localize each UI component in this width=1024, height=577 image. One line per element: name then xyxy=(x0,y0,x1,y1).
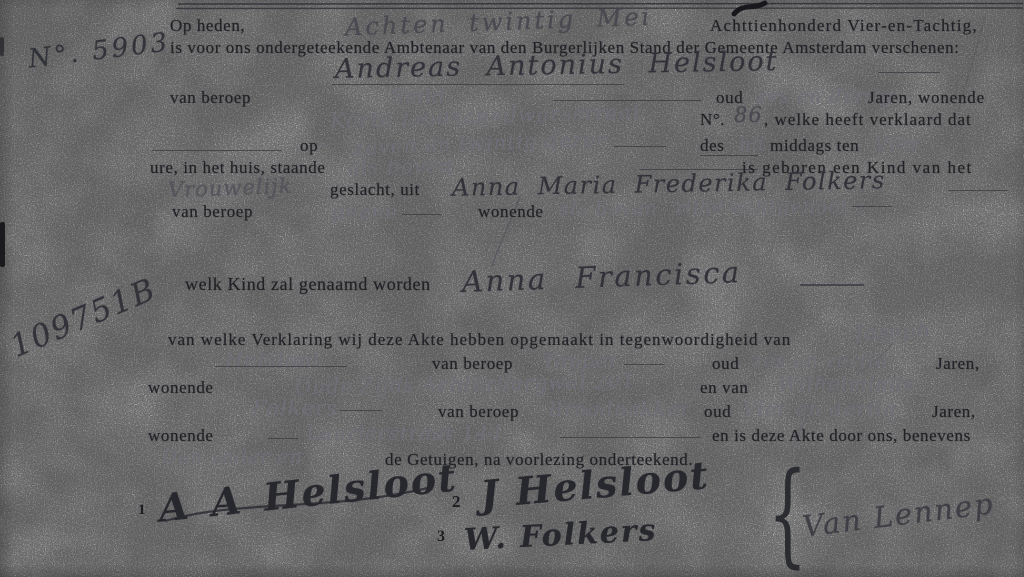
year-text: Achttienhonderd Vier-en-Tachtig, xyxy=(710,16,978,36)
declarant-name-entry: Andreas Antonius Helsloot xyxy=(335,46,779,85)
child-named-label: welk Kind zal genaamd worden xyxy=(185,274,431,295)
mother-residence-entry: als boven xyxy=(558,198,658,220)
ruled-line xyxy=(852,206,892,207)
des-label: des xyxy=(700,136,724,156)
ruled-line xyxy=(402,214,442,215)
witness2-address-entry: Laurierstraat 144 xyxy=(306,421,503,445)
jaren-wonende-label: Jaren, wonende xyxy=(868,88,985,108)
van-beroep-label-declarant: van beroep xyxy=(170,88,251,108)
wonende-label-mother: wonende xyxy=(478,202,544,222)
edge-ink-mark xyxy=(0,222,5,267)
witness1-address-entry: Oude Zijds Achterburgwal 201 xyxy=(295,369,636,399)
ruled-line xyxy=(215,366,347,367)
mother-relation-entry: zijne echtgenoot ; xyxy=(674,196,864,218)
birth-certificate-scan: N°. 5903 109751B Op heden, Achten twinti… xyxy=(0,0,1024,577)
closing-printed-1: en is deze Akte door ons, benevens xyxy=(712,426,971,446)
act-number: N°. 5903 xyxy=(27,27,172,74)
en-van-label: en van xyxy=(700,378,748,398)
mother-profession-entry: geene xyxy=(332,199,398,223)
hour-entry: Vier xyxy=(874,131,920,155)
witness1-first-name-entry: Joseph xyxy=(853,318,931,346)
archive-number: 109751B xyxy=(5,271,162,365)
witness2-first-name-entry: Wilhelminus xyxy=(778,371,915,395)
ruled-line xyxy=(614,146,666,147)
wonende-label-witness2: wonende xyxy=(148,426,214,446)
oud-label-witness2: oud xyxy=(704,402,731,422)
signature-witness-2: W. Folkers xyxy=(463,513,658,558)
declared-label: , welke heeft verklaard dat xyxy=(764,110,972,130)
closing-handwritten-entry: Den vader en xyxy=(162,446,303,468)
ruled-line xyxy=(332,84,624,85)
signature-number-1: 1 xyxy=(138,502,146,519)
child-sex-entry: Vrouwelijk xyxy=(168,174,293,202)
ruled-line xyxy=(152,150,282,151)
jaren-label-witness1: Jaren, xyxy=(936,354,980,374)
witnesses-intro: van welke Verklaring wij deze Akte hebbe… xyxy=(168,330,791,350)
geslacht-label: geslacht, uit xyxy=(330,180,420,200)
ink-blob xyxy=(734,3,765,14)
ruled-line xyxy=(624,364,664,365)
witness2-profession-entry: Broodbakker xyxy=(548,397,691,421)
op-label: op xyxy=(300,136,318,156)
house-number-entry: 86 xyxy=(734,103,763,127)
signature-number-3: 3 xyxy=(437,528,445,546)
ruled-line xyxy=(800,284,864,286)
op-heden-label: Op heden, xyxy=(170,16,245,36)
ruled-line xyxy=(700,155,758,156)
house-no-label: N°. xyxy=(700,110,725,130)
wonende-label-witness1: wonende xyxy=(148,378,214,398)
middags-label: middags ten xyxy=(770,136,859,156)
witness2-last-name-entry: Folkers xyxy=(252,396,338,420)
jaren-label-witness2: Jaren, xyxy=(932,402,976,422)
ruled-line xyxy=(268,438,298,439)
signature-number-2: 2 xyxy=(452,492,461,512)
ruled-line xyxy=(560,437,700,438)
van-beroep-label-mother: van beroep xyxy=(172,202,253,222)
date-entry: Achten twintig Mei xyxy=(345,3,653,42)
oud-label-witness1: oud xyxy=(712,354,739,374)
witness2-age-entry: Vier en dertig xyxy=(742,397,897,421)
registrar-signature: Van Lennep xyxy=(801,486,997,543)
birth-house-entry: als boven xyxy=(348,154,453,178)
daypart-entry: na xyxy=(739,133,765,155)
witness1-last-name-entry: Helsloot xyxy=(225,348,322,372)
edge-ink-mark xyxy=(0,37,4,56)
witness1-age-entry: zes en zestig xyxy=(752,350,888,372)
van-beroep-label-witness2: van beroep xyxy=(438,402,519,422)
ruled-line xyxy=(340,410,382,411)
child-name-entry: Anna Francisca xyxy=(461,255,742,299)
ruled-line xyxy=(948,190,1008,191)
ruled-line xyxy=(878,72,940,73)
